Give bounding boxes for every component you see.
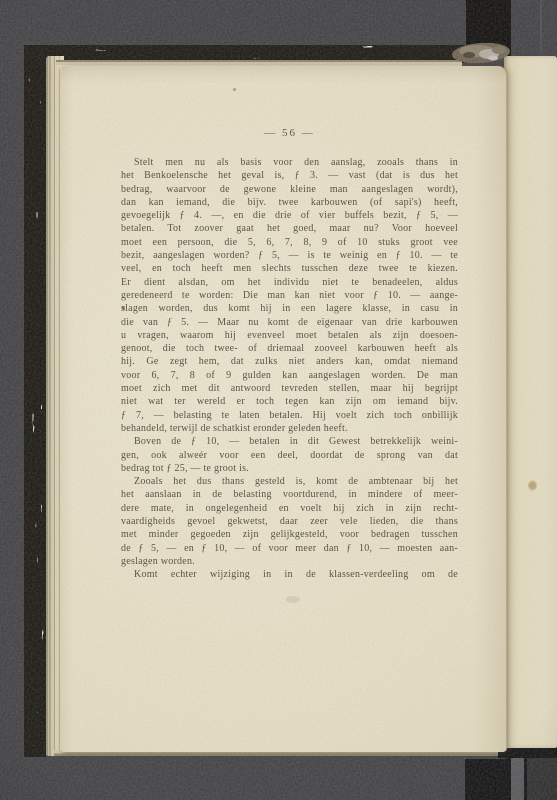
text-line: bedrag, waarvoor de gewone kleine man aa… <box>121 183 458 196</box>
text-line: hij. Ge zegt hem, dat zulks niet anders … <box>121 355 458 368</box>
book-stand-bar <box>511 756 524 800</box>
text-line: het Benkoelensche het geval is, ƒ 3. — v… <box>121 169 458 182</box>
book-photo-scene: — 56 — Stelt men nu als basis voor den a… <box>0 0 557 800</box>
text-line: genoot, die toch twee- of driemaal zoove… <box>121 342 458 355</box>
text-line: gevoegelijk ƒ 4. —, en die drie of vier … <box>121 209 458 222</box>
text-line: dan kan iemand, die bijv. twee karbouwen… <box>121 196 458 209</box>
page-text-block: — 56 — Stelt men nu als basis voor den a… <box>121 126 458 582</box>
text-line: dere mate, in ongelegenheid en voelt hij… <box>121 502 458 515</box>
paper-smudge <box>286 596 300 603</box>
page-number-header: — 56 — <box>121 126 458 140</box>
text-line: die van ƒ 5. — Maar nu komt de eigenaar … <box>121 316 458 329</box>
text-line: vaardigheids gevoel gekwetst, daar zeer … <box>121 515 458 528</box>
text-line: bedrag tot ƒ 25, — te groot is. <box>121 462 458 475</box>
book-cover-marbled-left-edge <box>24 45 46 757</box>
text-line: met minder gegoeden zijn gelijkgesteld, … <box>121 528 458 541</box>
text-line: ƒ 7, — belasting te laten betalen. Hij v… <box>121 409 458 422</box>
text-line: de ƒ 5, — en ƒ 10, — of voor meer dan ƒ … <box>121 542 458 555</box>
text-line: Boven de ƒ 10, — betalen in dit Gewest b… <box>121 435 458 448</box>
paper-stain <box>528 480 537 491</box>
text-line: Komt echter wijziging in in de klassen-v… <box>121 568 458 581</box>
spine-headband <box>451 36 515 66</box>
text-line: geredeneerd te worden: Die man kan niet … <box>121 289 458 302</box>
text-line: Zooals het dus thans gesteld is, komt de… <box>121 475 458 488</box>
text-line: moet zich met dit antwoord tevreden stel… <box>121 382 458 395</box>
text-line: niet wat ter wereld er toch tegen kan zi… <box>121 395 458 408</box>
text-line: Er dient alsdan, om het individu niet te… <box>121 276 458 289</box>
paragraph: Zooals het dus thans gesteld is, komt de… <box>121 475 458 568</box>
bottom-right-shadow <box>527 758 557 800</box>
text-line: slagen worden, dus komt hij in een lager… <box>121 302 458 315</box>
book-cover-marbled-top-edge <box>24 45 466 60</box>
text-line: bezit, aangeslagen worden? ƒ 5, — is te … <box>121 249 458 262</box>
paragraph: Stelt men nu als basis voor den aanslag,… <box>121 156 458 435</box>
book-page: — 56 — Stelt men nu als basis voor den a… <box>60 66 507 752</box>
text-line: u vragen, waarom hij evenveel moet betal… <box>121 329 458 342</box>
text-line: voor 6, 7, 8 of 9 gulden kan aangeslagen… <box>121 369 458 382</box>
text-line: moet een persoon, die 5, 6, 7, 8, 9 of 1… <box>121 236 458 249</box>
text-line: Stelt men nu als basis voor den aanslag,… <box>121 156 458 169</box>
text-line: geslagen worden. <box>121 555 458 568</box>
text-line: betalen. Tot zoover gaat het goed, maar … <box>121 222 458 235</box>
text-line: het aanslaan in de belasting voortdurend… <box>121 488 458 501</box>
paragraph: Komt echter wijziging in in de klassen-v… <box>121 568 458 581</box>
page-text: Stelt men nu als basis voor den aanslag,… <box>121 156 458 582</box>
facing-page <box>504 56 557 748</box>
paper-speck <box>233 88 236 91</box>
text-line: veel, en toch heeft men slechts tusschen… <box>121 262 458 275</box>
cover-board-edge-line <box>540 0 542 52</box>
text-line: behandeld, terwijl de schatkist eronder … <box>121 422 458 435</box>
paragraph: Boven de ƒ 10, — betalen in dit Gewest b… <box>121 435 458 475</box>
text-line: gen, ook alweér voor een deel, doordat d… <box>121 449 458 462</box>
